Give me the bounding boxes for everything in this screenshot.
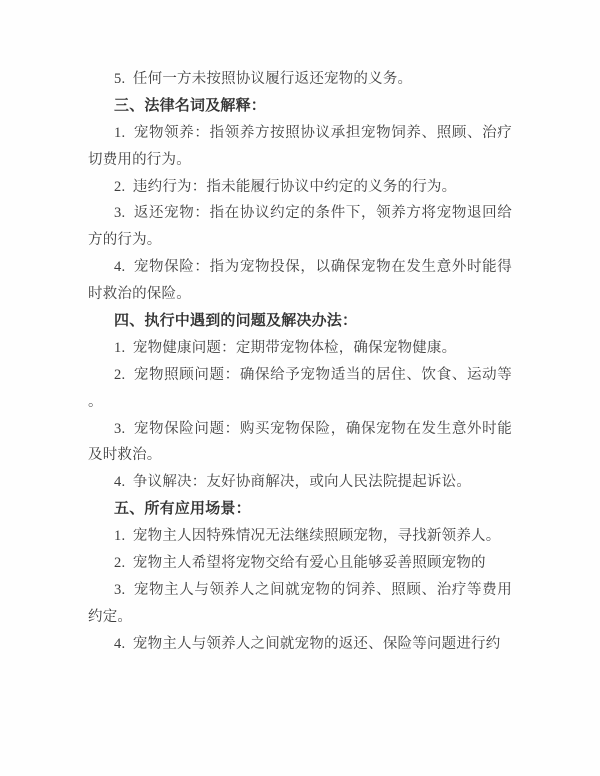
section-heading: 三、法律名词及解释： bbox=[88, 93, 512, 120]
continuation-line: 切费用的行为。 bbox=[88, 147, 512, 174]
continuation-line: 方的行为。 bbox=[88, 227, 512, 254]
list-item-line: 4. 宠物主人与领养人之间就宠物的返还、保险等问题进行约定。 bbox=[88, 631, 512, 658]
list-item-line: 4. 宠物保险：指为宠物投保，以确保宠物在发生意外时能得到及 bbox=[88, 254, 512, 281]
list-item-line: 3. 宠物保险问题：购买宠物保险，确保宠物在发生意外时能得到 bbox=[88, 416, 512, 443]
list-item-line: 3. 宠物主人与领养人之间就宠物的饲养、照顾、治疗等费用进行 bbox=[88, 577, 512, 604]
list-item-line: 2. 违约行为：指未能履行协议中约定的义务的行为。 bbox=[88, 174, 512, 201]
list-item-line: 4. 争议解决：友好协商解决，或向人民法院提起诉讼。 bbox=[88, 469, 512, 496]
list-item-line: 3. 返还宠物：指在协议约定的条件下，领养方将宠物退回给宠物 bbox=[88, 200, 512, 227]
continuation-line: 及时救治。 bbox=[88, 442, 512, 469]
list-item-line: 2. 宠物主人希望将宠物交给有爱心且能够妥善照顾宠物的人。 bbox=[88, 550, 512, 577]
continuation-line: 约定。 bbox=[88, 604, 512, 631]
list-item-line: 5. 任何一方未按照协议履行返还宠物的义务。 bbox=[88, 66, 512, 93]
list-item-line: 1. 宠物领养：指领养方按照协议承担宠物饲养、照顾、治疗等一 bbox=[88, 120, 512, 147]
list-item-line: 1. 宠物健康问题：定期带宠物体检，确保宠物健康。 bbox=[88, 335, 512, 362]
list-item-line: 2. 宠物照顾问题：确保给予宠物适当的居住、饮食、运动等条件 bbox=[88, 362, 512, 389]
continuation-line: 。 bbox=[88, 389, 512, 416]
list-item-line: 1. 宠物主人因特殊情况无法继续照顾宠物，寻找新领养人。 bbox=[88, 523, 512, 550]
continuation-line: 时救治的保险。 bbox=[88, 281, 512, 308]
section-heading: 五、所有应用场景： bbox=[88, 496, 512, 523]
section-heading: 四、执行中遇到的问题及解决办法： bbox=[88, 308, 512, 335]
document-page: 5. 任何一方未按照协议履行返还宠物的义务。 三、法律名词及解释： 1. 宠物领… bbox=[0, 0, 600, 776]
document-body: 5. 任何一方未按照协议履行返还宠物的义务。 三、法律名词及解释： 1. 宠物领… bbox=[88, 66, 512, 658]
